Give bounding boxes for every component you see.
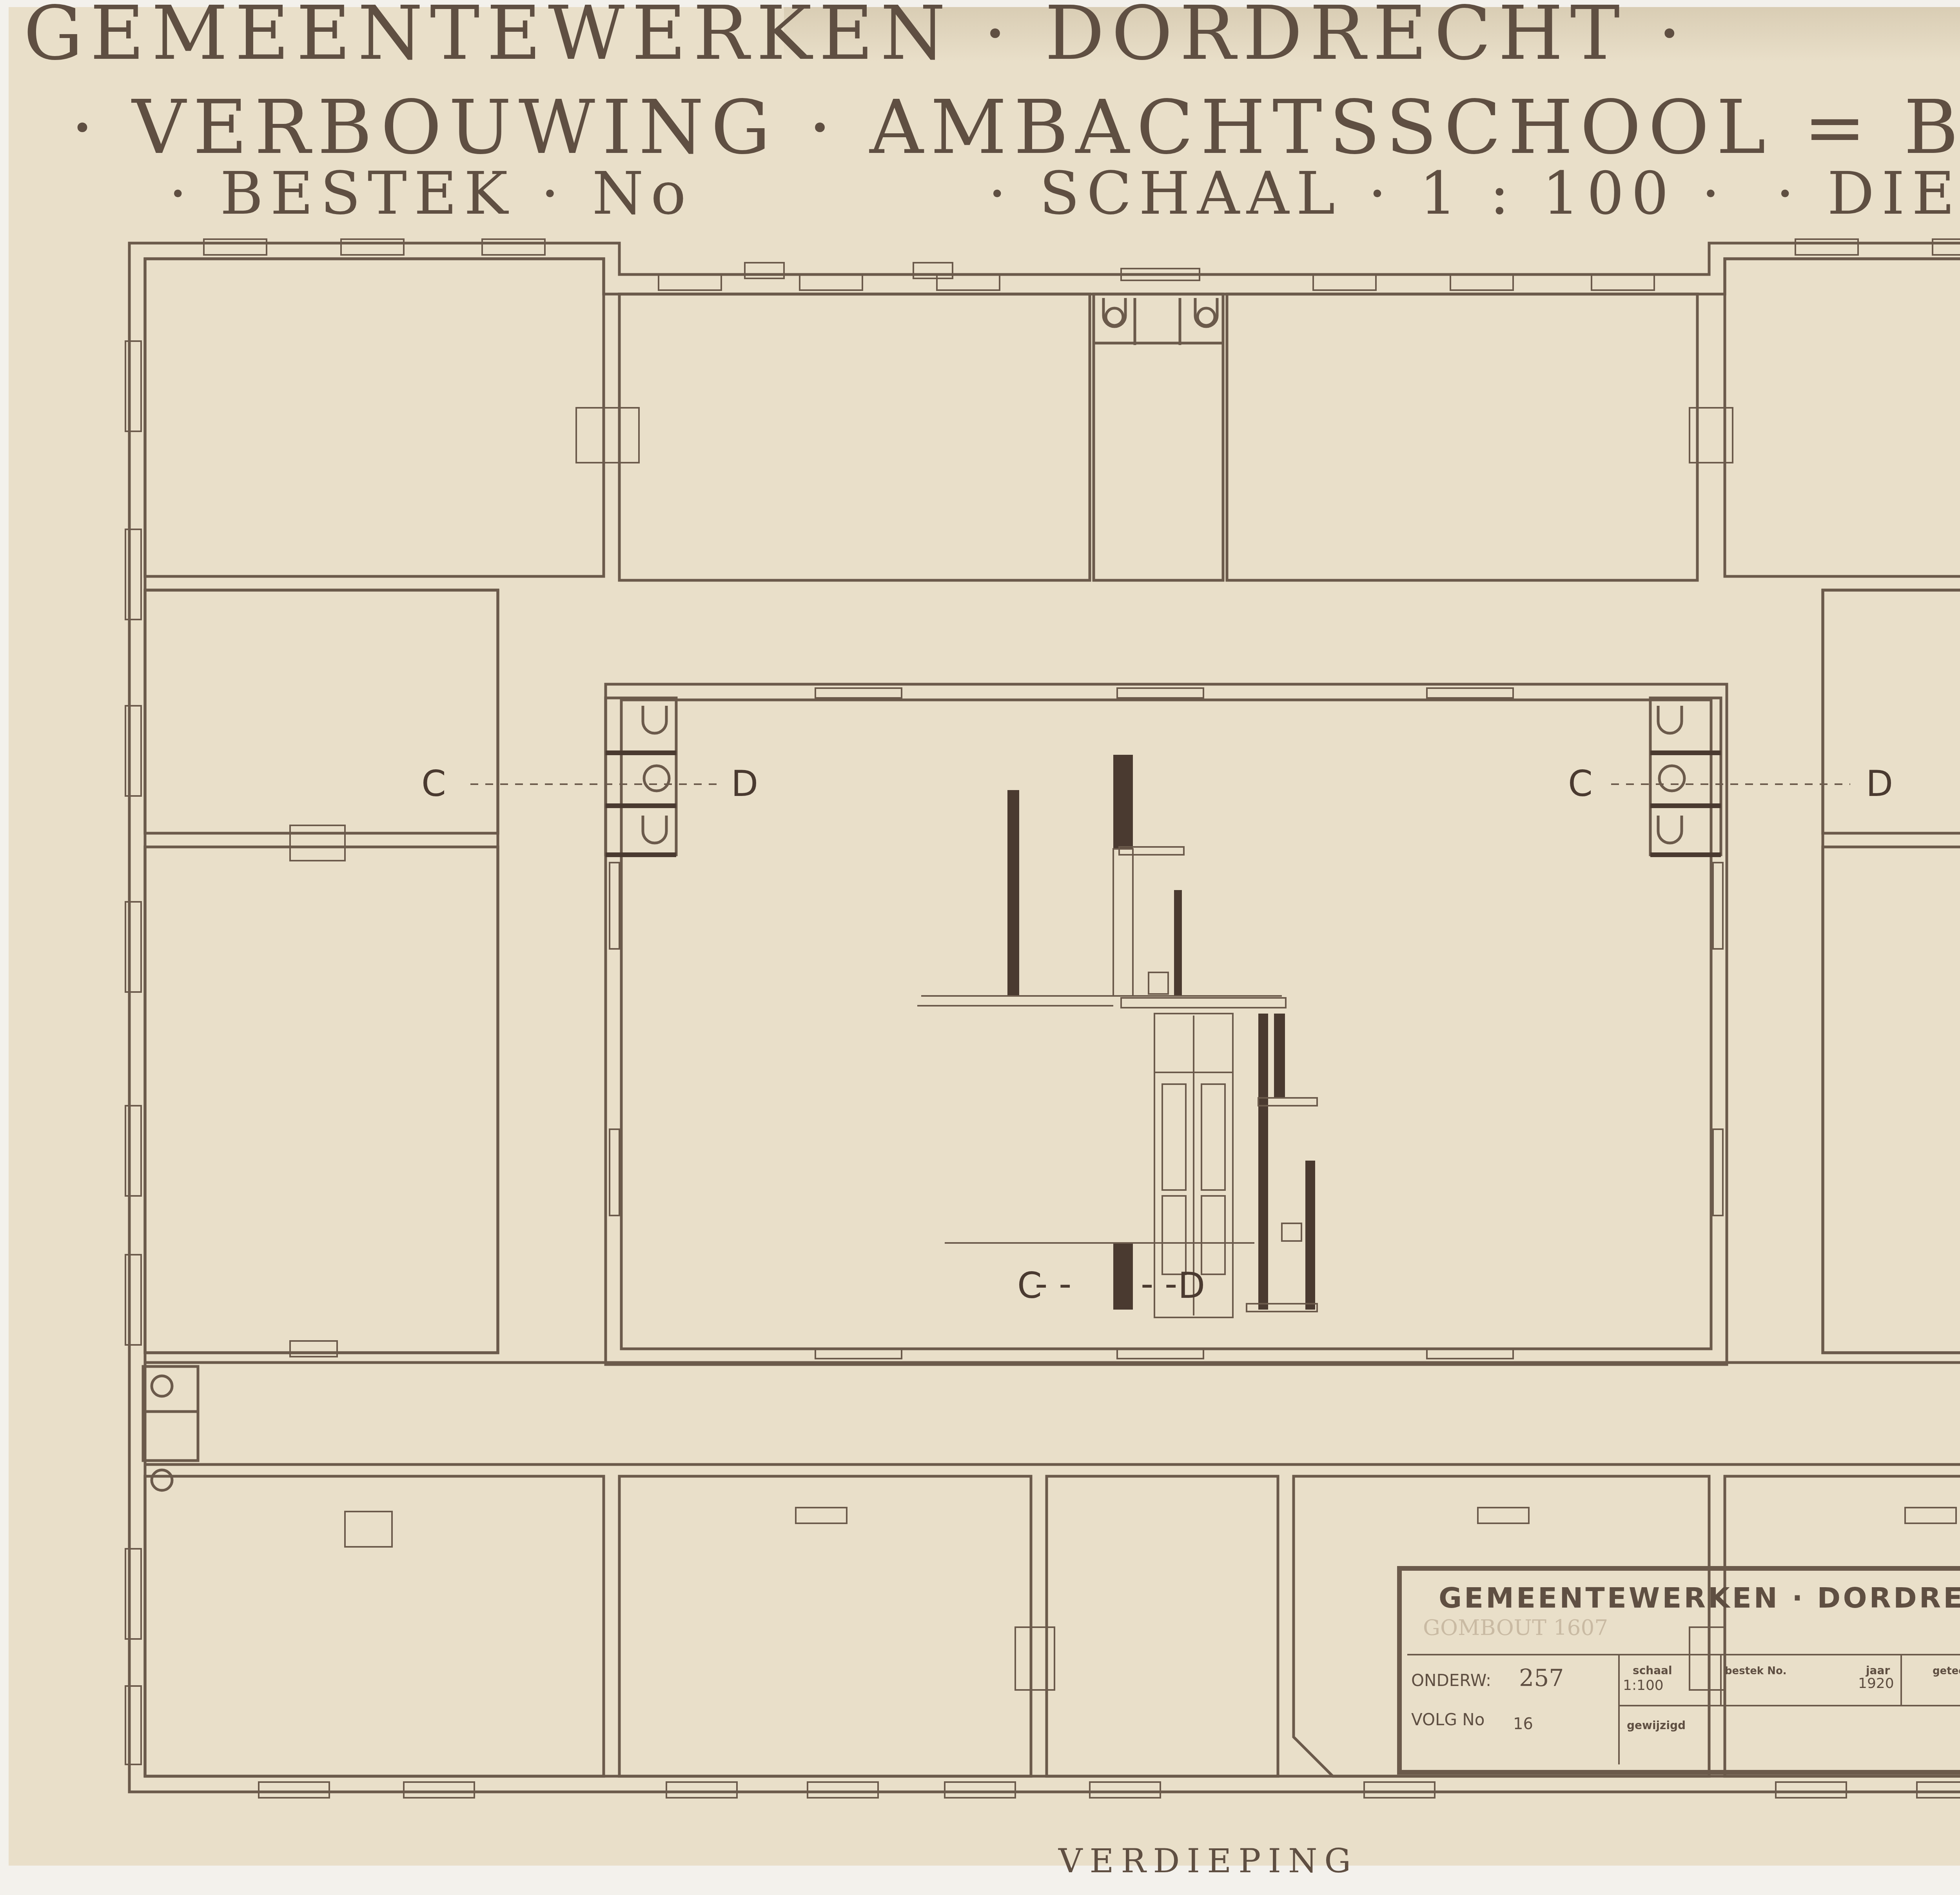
svg-text:- -: - - bbox=[1141, 1263, 1178, 1305]
bestek-label: bestek No. bbox=[1725, 1665, 1787, 1677]
title-block-org: GEMEENTEWERKEN · DORDRECHT bbox=[1439, 1581, 1960, 1614]
title-block: GEMEENTEWERKEN · DORDRECHT GOMBOUT 1607 … bbox=[1399, 1568, 1960, 1772]
section-detail-cd: C - - - - D bbox=[917, 755, 1317, 1317]
header-lettering: GEMEENTEWERKEN · DORDRECHT · · VERBOUWIN… bbox=[24, 0, 1960, 228]
gewijzigd-label: gewijzigd bbox=[1627, 1719, 1686, 1732]
svg-text:- -: - - bbox=[1035, 1263, 1072, 1305]
section-marker-d-center: D bbox=[1178, 1265, 1205, 1306]
section-marker-d-left: D bbox=[731, 763, 758, 805]
section-marker-d-right: D bbox=[1866, 763, 1893, 805]
courtyard bbox=[606, 684, 1727, 1364]
volg-value: 16 bbox=[1513, 1715, 1533, 1733]
toilets-top-center bbox=[1094, 298, 1223, 345]
geteekend-label: geteekend bbox=[1933, 1665, 1960, 1677]
jaar-value: 1920 bbox=[1858, 1675, 1894, 1692]
lavatory-left bbox=[606, 698, 676, 855]
header-line1: GEMEENTEWERKEN · DORDRECHT · bbox=[24, 0, 1688, 76]
section-marker-c-right: C bbox=[1568, 763, 1593, 805]
section-marker-c-left: C bbox=[421, 763, 446, 805]
volg-label: VOLG No bbox=[1411, 1710, 1485, 1729]
toilets-bottom-left bbox=[143, 1366, 198, 1490]
onderw-label: ONDERW: bbox=[1411, 1671, 1491, 1690]
section-lines: C D C D bbox=[421, 763, 1893, 805]
schaal-label: schaal bbox=[1633, 1664, 1672, 1677]
header-bestek: · BESTEK · No bbox=[169, 160, 693, 228]
onderw-value: 257 bbox=[1519, 1664, 1564, 1692]
floor-label: VERDIEPING bbox=[1058, 1842, 1358, 1880]
title-block-faint-stamp: GOMBOUT 1607 bbox=[1423, 1615, 1608, 1640]
header-line2: · VERBOUWING · AMBACHTSSCHOOL = BURGERAV… bbox=[71, 84, 1960, 171]
floor-plan-drawing: GEMEENTEWERKEN · DORDRECHT · · VERBOUWIN… bbox=[0, 0, 1960, 1895]
schaal-value: 1:100 bbox=[1623, 1677, 1664, 1693]
header-schaal: · SCHAAL · 1 : 100 · bbox=[988, 160, 1727, 228]
header-dienst: · DIENST · 1920 · bbox=[1776, 160, 1960, 228]
exterior-windows bbox=[125, 239, 1960, 1798]
building-outline bbox=[129, 243, 1960, 1792]
